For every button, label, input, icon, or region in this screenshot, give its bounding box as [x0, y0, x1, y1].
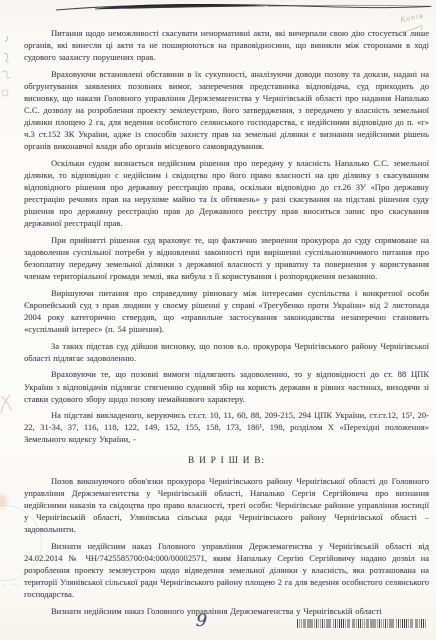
barcode-sticker	[297, 619, 427, 628]
paragraph: Оскільки судом визнається недійсним ріше…	[24, 157, 429, 230]
paragraph: На підставі викладеного, керуючись ст.ст…	[24, 409, 429, 445]
paragraph: Враховуючи встановлені обставини в їх су…	[24, 68, 429, 153]
ruling-paragraphs: Позов виконуючого обов'язки прокурора Че…	[24, 475, 429, 617]
pink-margin-mark	[0, 390, 16, 420]
scan-edge-artifact	[0, 0, 436, 16]
paragraph: Вирішуючи питання про справедливу рівнов…	[24, 287, 429, 335]
scanned-court-decision-page: Копія ‒ ~‒ Питання щодо неможливості ска…	[0, 0, 436, 640]
ruling-paragraph: Визнати недійсним наказ Головного управл…	[24, 605, 429, 617]
paragraph: Враховуючи те, що позовні вимоги підляга…	[24, 368, 429, 404]
ruling-paragraph: Визнати недійсним наказ Головного управл…	[24, 540, 429, 600]
paragraph: Питання щодо неможливості скасувати нено…	[24, 27, 429, 63]
ruling-heading: В И Р І Ш И В:	[24, 454, 429, 466]
paragraph: За таких підстав суд дійшов висновку, що…	[24, 340, 429, 364]
paragraph: При прийнятті рішення суд враховує те, щ…	[24, 234, 429, 282]
margin-scribbles	[0, 32, 16, 132]
handwritten-page-number: 9	[195, 611, 207, 632]
document-body: Питання щодо неможливості скасувати нено…	[24, 27, 429, 617]
faint-dash-marks: ‒ ~‒	[2, 581, 46, 589]
ruling-paragraph: Позов виконуючого обов'язки прокурора Че…	[24, 475, 429, 535]
reasoning-paragraphs: Питання щодо неможливості скасувати нено…	[24, 27, 429, 446]
handwritten-copy-note: Копія	[399, 11, 424, 25]
